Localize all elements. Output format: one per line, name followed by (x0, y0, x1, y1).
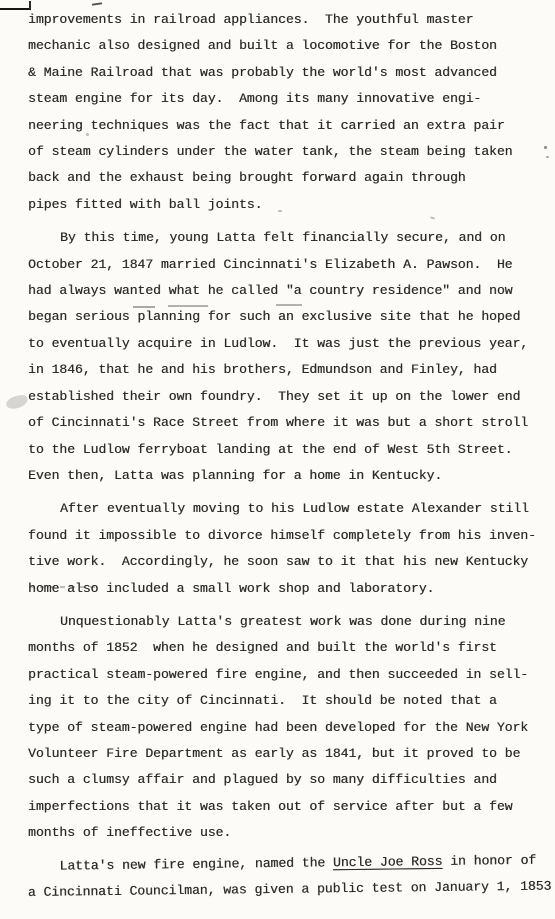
text-line: such a clumsy affair and plagued by so m… (28, 767, 547, 793)
paragraph: After eventually moving to his Ludlow es… (28, 496, 547, 602)
text-line: & Maine Railroad that was probably the w… (28, 60, 547, 86)
smudge-artifact (5, 393, 29, 410)
document-page: improvements in railroad appliances. The… (0, 0, 555, 919)
text-line: a Cincinnati Councilman, was given a pub… (28, 874, 547, 907)
paragraph: Latta's new fire engine, named the Uncle… (27, 847, 547, 906)
document-body: improvements in railroad appliances. The… (28, 7, 547, 906)
text-line: ing it to the city of Cincinnati. It sho… (28, 688, 547, 714)
text-line: October 21, 1847 married Cincinnati's El… (28, 252, 547, 278)
text-line: began serious planning for such an exclu… (28, 304, 547, 330)
text-line: of Cincinnati's Race Street from where i… (28, 410, 547, 436)
text-line: improvements in railroad appliances. The… (28, 7, 547, 33)
paragraph: Unquestionably Latta's greatest work was… (28, 609, 547, 847)
text-line: in 1846, that he and his brothers, Edmun… (28, 357, 547, 383)
text-line: months of 1852 when he designed and buil… (28, 635, 547, 661)
paragraph: improvements in railroad appliances. The… (28, 7, 547, 218)
engine-name-underlined: Uncle Joe Ross (333, 854, 443, 870)
text-line: steam engine for its day. Among its many… (28, 86, 547, 112)
text-line: practical steam-powered fire engine, and… (28, 662, 547, 688)
text-line: of steam cylinders under the water tank,… (28, 139, 547, 165)
text-line: Even then, Latta was planning for a home… (28, 463, 547, 489)
text-line: type of steam-powered engine had been de… (28, 715, 547, 741)
text-line: established their own foundry. They set … (28, 384, 547, 410)
ink-speck-artifact (92, 2, 102, 5)
text-line: imperfections that it was taken out of s… (28, 794, 547, 820)
text-line: Volunteer Fire Department as early as 18… (28, 741, 547, 767)
text-segment: in honor of (442, 852, 536, 868)
text-line: After eventually moving to his Ludlow es… (28, 496, 547, 522)
text-line: to eventually acquire in Ludlow. It was … (28, 331, 547, 357)
text-line: found it impossible to divorce himself c… (28, 523, 547, 549)
text-line: Unquestionably Latta's greatest work was… (28, 609, 547, 635)
text-line: mechanic also designed and built a locom… (28, 33, 547, 59)
text-line: neering techniques was the fact that it … (28, 113, 547, 139)
text-line: to the Ludlow ferryboat landing at the e… (28, 437, 547, 463)
text-line: had always wanted what he called "a coun… (28, 278, 547, 304)
text-line: home also included a small work shop and… (28, 576, 547, 602)
text-segment: Latta's new fire engine, named the (59, 855, 333, 873)
text-line: By this time, young Latta felt financial… (28, 225, 547, 251)
text-line: back and the exhaust being brought forwa… (28, 165, 547, 191)
text-line: pipes fitted with ball joints. (28, 192, 547, 218)
text-line: tive work. Accordingly, he soon saw to i… (28, 549, 547, 575)
pen-mark-artifact (0, 8, 31, 10)
text-line: months of ineffective use. (28, 820, 547, 846)
paragraph: By this time, young Latta felt financial… (28, 225, 547, 489)
